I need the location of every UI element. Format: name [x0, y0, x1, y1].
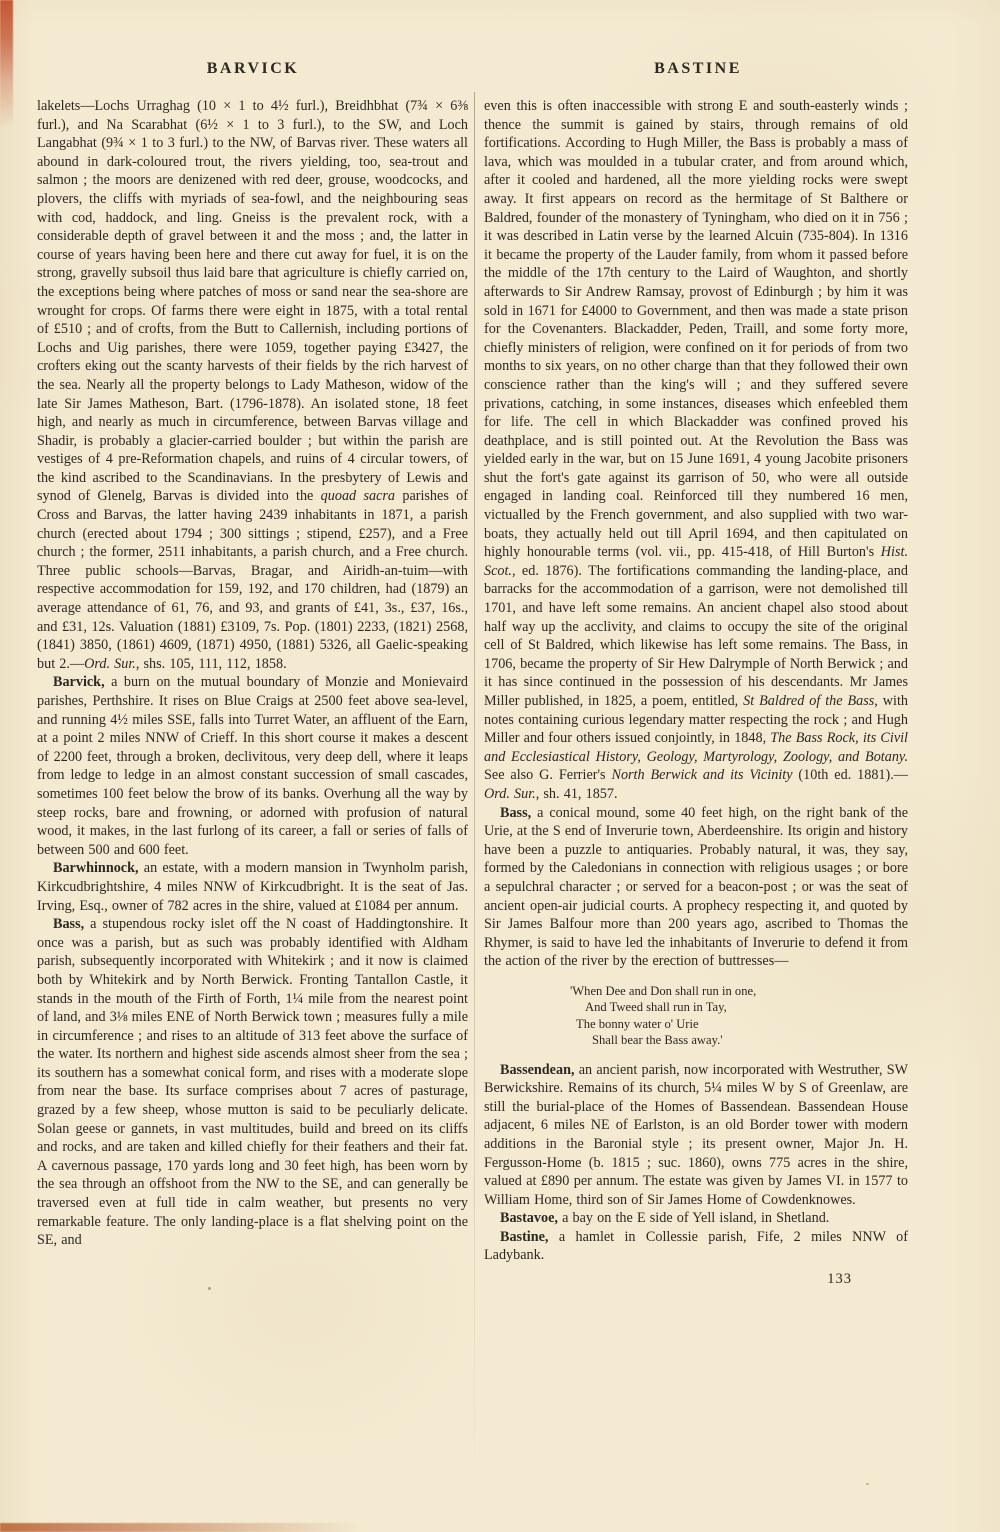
page-number: 133: [484, 1270, 908, 1289]
entry-bassendean: Bassendean, an ancient parish, now incor…: [484, 1061, 908, 1210]
verse-line: And Tweed shall run in Tay,: [585, 999, 908, 1015]
entry-barvas-continuation: lakelets—Lochs Urraghag (10 × 1 to 4½ fu…: [37, 97, 468, 673]
left-column: lakelets—Lochs Urraghag (10 × 1 to 4½ fu…: [37, 97, 468, 1250]
entry-bastine: Bastine, a hamlet in Collessie parish, F…: [484, 1228, 908, 1265]
gazetteer-page-scan: { "page": { "left_header": "BARVICK", "r…: [0, 0, 1000, 1532]
entry-bass-mound: Bass, a conical mound, some 40 feet high…: [484, 804, 908, 971]
verse-line: Shall bear the Bass away.': [592, 1032, 908, 1048]
column-rule: [474, 92, 475, 1492]
right-column: even this is often inaccessible with str…: [484, 97, 908, 1289]
entry-bass-rock-continuation: even this is often inaccessible with str…: [484, 97, 908, 804]
entry-bastavoe: Bastavoe, a bay on the E side of Yell is…: [484, 1209, 908, 1228]
paper-speck: [866, 1483, 869, 1485]
scan-artifact-left-edge: [0, 0, 13, 128]
verse-quote: 'When Dee and Don shall run in one, And …: [570, 983, 908, 1049]
paper-speck: [208, 1287, 211, 1290]
verse-line: The bonny water o' Urie: [576, 1016, 908, 1032]
entry-bass-rock: Bass, a stupendous rocky islet off the N…: [37, 915, 468, 1250]
running-head-left: BARVICK: [33, 60, 473, 78]
verse-line: 'When Dee and Don shall run in one,: [570, 983, 908, 999]
entry-barvick: Barvick, a burn on the mutual boundary o…: [37, 673, 468, 859]
running-head-right: BASTINE: [478, 60, 918, 78]
entry-barwhinnock: Barwhinnock, an estate, with a modern ma…: [37, 859, 468, 915]
scan-artifact-bottom-edge: [0, 1523, 360, 1532]
